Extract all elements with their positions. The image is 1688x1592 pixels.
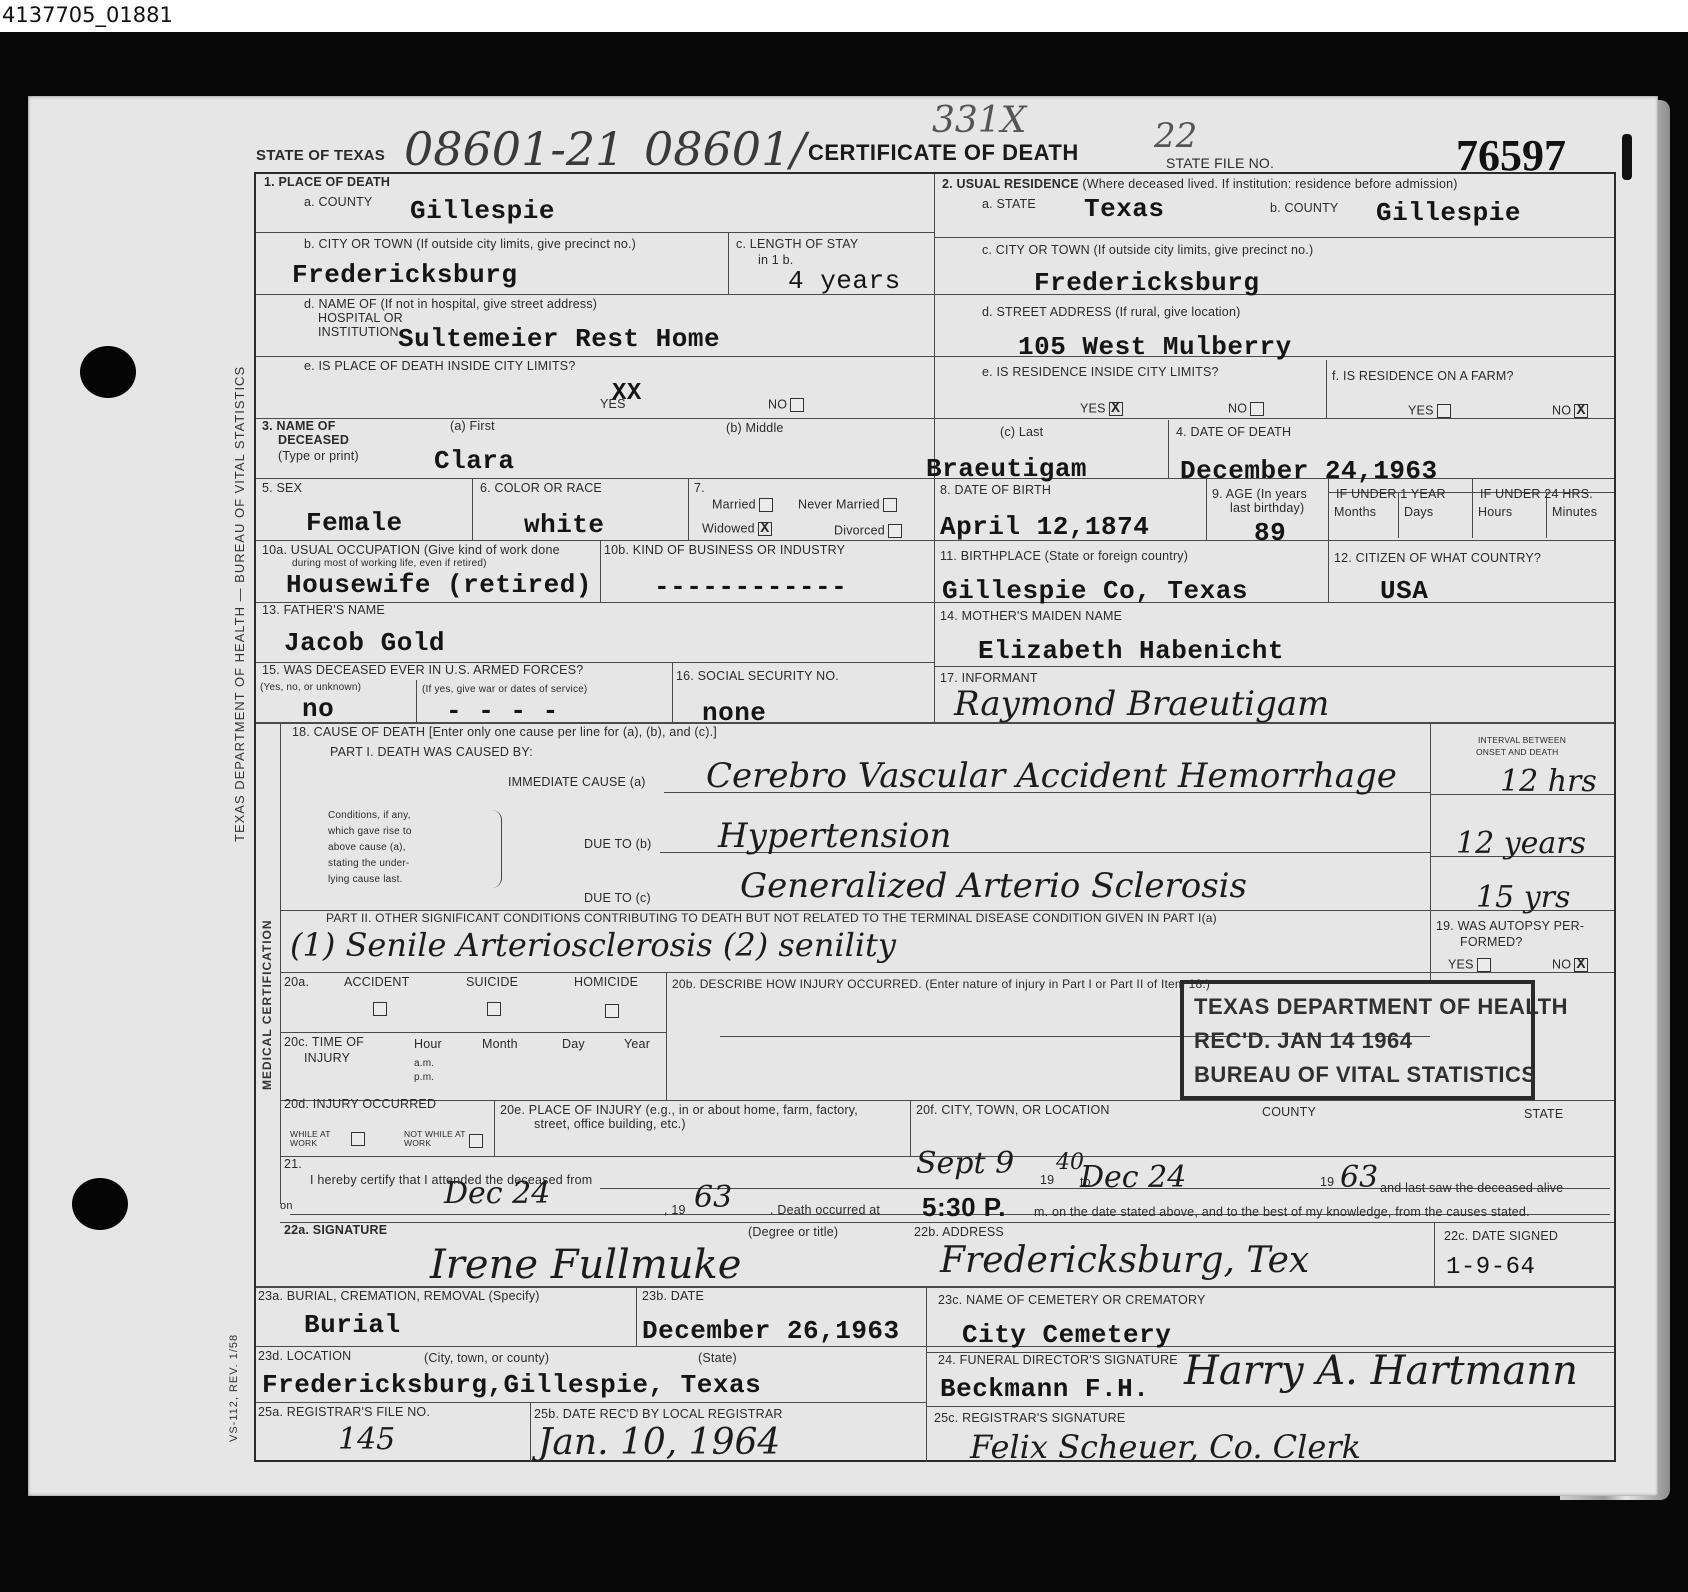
- address-label: 22b. ADDRESS: [914, 1226, 1004, 1240]
- date-of-death-value[interactable]: December 24,1963: [1180, 456, 1438, 486]
- date-signed-value[interactable]: 1-9-64: [1446, 1254, 1535, 1281]
- divorced-option: Divorced: [834, 524, 902, 538]
- stamp-line-1: TEXAS DEPARTMENT OF HEALTH: [1194, 990, 1521, 1024]
- place-of-injury-label: 20e. PLACE OF INJURY (e.g., in or about …: [500, 1104, 858, 1118]
- divider: [934, 237, 1614, 238]
- widowed-checkbox[interactable]: X: [758, 522, 772, 536]
- immediate-cause-value[interactable]: Cerebro Vascular Accident Hemorrhage: [706, 756, 1397, 796]
- homicide-label: HOMICIDE: [574, 976, 638, 990]
- burial-type-label: 23a. BURIAL, CREMATION, REMOVAL (Specify…: [258, 1290, 540, 1304]
- injury-county-label: COUNTY: [1262, 1106, 1316, 1120]
- received-stamp: TEXAS DEPARTMENT OF HEALTH REC'D. JAN 14…: [1180, 980, 1535, 1100]
- conditions-note-1: Conditions, if any,: [328, 810, 411, 821]
- death-inside-no-text: NO: [768, 397, 787, 411]
- death-county-label: a. COUNTY: [304, 196, 372, 210]
- divider: [1434, 1222, 1435, 1286]
- death-inside-limits-label: e. IS PLACE OF DEATH INSIDE CITY LIMITS?: [304, 360, 576, 374]
- divider: [600, 540, 601, 602]
- punch-hole-top: [80, 346, 136, 398]
- death-inside-no-checkbox[interactable]: [790, 398, 804, 412]
- autopsy-no-checkbox[interactable]: X: [1574, 958, 1588, 972]
- death-city-label: b. CITY OR TOWN (If outside city limits,…: [304, 238, 636, 252]
- last-name-value[interactable]: Braeutigam: [926, 454, 1087, 484]
- suicide-checkbox[interactable]: [487, 1002, 501, 1016]
- am-label: a.m.: [414, 1058, 434, 1069]
- divider: [666, 972, 667, 1100]
- deceased-name-label-3: (Type or print): [278, 450, 359, 464]
- residence-inside-limits-label: e. IS RESIDENCE INSIDE CITY LIMITS?: [982, 366, 1219, 380]
- divider: [280, 972, 1614, 973]
- interval-c-value[interactable]: 15 yrs: [1476, 880, 1570, 915]
- armed-forces-sublabel: (Yes, no, or unknown): [260, 682, 361, 693]
- registrar-signature-label: 25c. REGISTRAR'S SIGNATURE: [934, 1412, 1125, 1426]
- divider: [636, 1286, 637, 1346]
- certification-number: 21.: [284, 1158, 302, 1172]
- occupation-value[interactable]: Housewife (retired): [286, 570, 592, 600]
- usual-residence-note: (Where deceased lived. If institution: r…: [1082, 177, 1457, 191]
- death-time-value[interactable]: 5:30 P.: [922, 1192, 1006, 1223]
- divider: [530, 1402, 531, 1462]
- stamp-line-3: BUREAU OF VITAL STATISTICS: [1194, 1058, 1521, 1092]
- due-to-c-value[interactable]: Generalized Arterio Sclerosis: [740, 866, 1247, 906]
- informant-signature[interactable]: Raymond Braeutigam: [954, 684, 1329, 724]
- divider: [256, 540, 1614, 541]
- conditions-note-2: which gave rise to: [328, 826, 412, 837]
- handwritten-state-file: 22: [1154, 116, 1197, 156]
- image-id-label: 4137705_01881: [0, 0, 173, 32]
- length-of-stay-value[interactable]: 4 years: [788, 266, 901, 296]
- handwritten-code-1: 08601-21: [404, 122, 624, 176]
- residence-state-label: a. STATE: [982, 198, 1036, 212]
- residence-county-value[interactable]: Gillespie: [1376, 198, 1521, 228]
- divider: [494, 1100, 495, 1156]
- handwritten-above-title: 331X: [932, 100, 1026, 141]
- business-label: 10b. KIND OF BUSINESS OR INDUSTRY: [604, 544, 845, 558]
- divider: [256, 232, 934, 233]
- minutes-label: Minutes: [1552, 506, 1597, 520]
- physician-signature[interactable]: Irene Fullmuke: [430, 1242, 741, 1288]
- part-one-label: PART I. DEATH WAS CAUSED BY:: [330, 746, 533, 760]
- deceased-name-label: 3. NAME OF: [262, 420, 336, 434]
- length-of-stay-label: c. LENGTH OF STAY: [736, 238, 858, 252]
- under-24-hours-label: IF UNDER 24 HRS.: [1480, 488, 1593, 502]
- interval-a-value[interactable]: 12 hrs: [1500, 764, 1597, 799]
- not-while-at-work-label: NOT WHILE AT WORK: [404, 1130, 468, 1149]
- days-label: Days: [1404, 506, 1433, 520]
- residence-state-value[interactable]: Texas: [1084, 194, 1165, 224]
- interval-b-value[interactable]: 12 years: [1456, 826, 1586, 861]
- while-at-work-checkbox[interactable]: [351, 1132, 365, 1146]
- months-label: Months: [1334, 506, 1376, 520]
- widowed-option: WidowedX: [702, 522, 772, 536]
- injury-occurred-label: 20d. INJURY OCCURRED: [284, 1098, 436, 1112]
- attended-from-year-prefix: 19: [1040, 1174, 1054, 1188]
- attended-from-value[interactable]: Sept 9: [916, 1146, 1014, 1181]
- never-married-option: Never Married: [798, 498, 897, 512]
- time-of-injury-label-2: INJURY: [304, 1052, 350, 1066]
- homicide-checkbox[interactable]: [605, 1004, 619, 1018]
- first-name-value[interactable]: Clara: [434, 446, 515, 476]
- degree-label: (Degree or title): [748, 1226, 838, 1240]
- divider: [280, 1032, 666, 1033]
- divider: [256, 1402, 926, 1403]
- cemetery-label: 23c. NAME OF CEMETERY OR CREMATORY: [938, 1294, 1206, 1308]
- describe-injury-label: 20b. DESCRIBE HOW INJURY OCCURRED. (Ente…: [672, 978, 1210, 991]
- occupation-label: 10a. USUAL OCCUPATION (Give kind of work…: [262, 544, 560, 558]
- usual-residence-title: 2. USUAL RESIDENCE: [942, 177, 1079, 191]
- death-city-value[interactable]: Fredericksburg: [292, 260, 517, 290]
- age-label-2: last birthday): [1230, 502, 1304, 516]
- residence-inside-no-text: NO: [1228, 401, 1247, 415]
- divider: [1430, 722, 1431, 982]
- accident-label: ACCIDENT: [344, 976, 410, 990]
- married-checkbox[interactable]: [759, 498, 773, 512]
- funeral-director-label: 24. FUNERAL DIRECTOR'S SIGNATURE: [938, 1354, 1178, 1368]
- autopsy-label: 19. WAS AUTOPSY PER-: [1436, 920, 1584, 934]
- conditions-bracket: [492, 810, 502, 888]
- registrar-date-label: 25b. DATE REC'D BY LOCAL REGISTRAR: [534, 1408, 783, 1422]
- ssn-value[interactable]: none: [702, 698, 766, 728]
- birthplace-label: 11. BIRTHPLACE (State or foreign country…: [940, 550, 1188, 564]
- occupation-sublabel: during most of working life, even if ret…: [292, 558, 487, 569]
- location-label: 23d. LOCATION: [258, 1350, 351, 1364]
- age-label: 9. AGE (In years: [1212, 488, 1307, 502]
- divider: [934, 666, 1614, 667]
- business-value[interactable]: ------------: [654, 572, 847, 602]
- date-of-birth-label: 8. DATE OF BIRTH: [940, 484, 1051, 498]
- mother-name-value[interactable]: Elizabeth Habenicht: [978, 636, 1284, 666]
- cause-of-death-label: 18. CAUSE OF DEATH [Enter only one cause…: [292, 726, 717, 740]
- year-label: Year: [624, 1038, 650, 1052]
- first-name-label: (a) First: [450, 420, 495, 434]
- interval-label-2: ONSET AND DEATH: [1476, 748, 1559, 757]
- part-two-label: PART II. OTHER SIGNIFICANT CONDITIONS CO…: [326, 912, 1217, 925]
- divorced-checkbox[interactable]: [888, 524, 902, 538]
- never-married-checkbox[interactable]: [883, 498, 897, 512]
- date-of-birth-value[interactable]: April 12,1874: [940, 512, 1149, 542]
- punch-hole-bottom: [72, 1178, 128, 1230]
- due-to-c-label: DUE TO (c): [584, 892, 651, 906]
- last-seen-year[interactable]: 63: [694, 1180, 732, 1215]
- signature-label: 22a. SIGNATURE: [284, 1224, 387, 1238]
- burial-location-value[interactable]: Fredericksburg,Gillespie, Texas: [262, 1370, 761, 1400]
- mother-name-label: 14. MOTHER'S MAIDEN NAME: [940, 610, 1122, 624]
- due-to-b-value[interactable]: Hypertension: [718, 816, 951, 856]
- widowed-text: Widowed: [702, 521, 755, 535]
- day-label: Day: [562, 1038, 585, 1052]
- place-of-death-label: 1. PLACE OF DEATH: [264, 176, 390, 190]
- divider: [256, 294, 1614, 295]
- due-to-b-label: DUE TO (b): [584, 838, 652, 852]
- divider: [910, 1100, 911, 1156]
- registrar-file-label: 25a. REGISTRAR'S FILE NO.: [258, 1406, 430, 1420]
- certificate-title: CERTIFICATE OF DEATH: [808, 140, 1079, 166]
- physician-address[interactable]: Fredericksburg, Tex: [940, 1240, 1309, 1281]
- divider: [1206, 478, 1207, 540]
- month-label: Month: [482, 1038, 518, 1052]
- not-while-at-work-checkbox[interactable]: [469, 1134, 483, 1148]
- registrar-date-value[interactable]: Jan. 10, 1964: [538, 1422, 780, 1463]
- location-sublabel-city: (City, town, or county): [424, 1352, 549, 1366]
- never-married-text: Never Married: [798, 497, 880, 511]
- divider: [728, 232, 729, 294]
- burial-type-value[interactable]: Burial: [304, 1310, 401, 1340]
- marital-status-label: 7.: [694, 482, 705, 496]
- residence-county-label: b. COUNTY: [1270, 202, 1338, 216]
- registration-bar-mark: [1622, 134, 1632, 180]
- hour-label: Hour: [414, 1038, 442, 1052]
- farm-no-text: NO: [1552, 403, 1571, 417]
- death-occurred-label: . Death occurred at: [770, 1204, 880, 1218]
- age-value[interactable]: 89: [1254, 518, 1286, 548]
- residence-street-label: d. STREET ADDRESS (If rural, give locati…: [982, 306, 1240, 320]
- divider: [934, 174, 935, 722]
- armed-forces-value[interactable]: no: [302, 694, 334, 724]
- autopsy-no: NOX: [1552, 958, 1588, 972]
- race-label: 6. COLOR OR RACE: [480, 482, 602, 496]
- time-of-injury-label: 20c. TIME OF: [284, 1036, 364, 1050]
- divider: [416, 680, 417, 722]
- divider: [672, 662, 673, 722]
- state-file-label: STATE FILE NO.: [1166, 156, 1274, 171]
- divider: [1326, 360, 1327, 418]
- date-signed-label: 22c. DATE SIGNED: [1444, 1230, 1558, 1244]
- autopsy-no-text: NO: [1552, 957, 1571, 971]
- residence-inside-no: NO: [1228, 402, 1264, 416]
- sex-label: 5. SEX: [262, 482, 302, 496]
- married-option: Married: [712, 498, 773, 512]
- death-inside-yes-mark[interactable]: XX: [612, 380, 642, 407]
- divider: [256, 356, 1614, 357]
- residence-city-value[interactable]: Fredericksburg: [1034, 268, 1259, 298]
- residence-inside-yes: YESX: [1080, 402, 1123, 416]
- usual-residence-label: 2. USUAL RESIDENCE (Where deceased lived…: [942, 178, 1458, 192]
- farm-no-checkbox[interactable]: X: [1574, 404, 1588, 418]
- handwritten-code-2: 08601/: [644, 122, 806, 176]
- divider: [926, 1406, 1614, 1407]
- injury-state-label: STATE: [1524, 1108, 1563, 1122]
- service-sublabel: (If yes, give war or dates of service): [422, 684, 587, 695]
- registrar-file-value[interactable]: 145: [338, 1422, 395, 1457]
- armed-forces-label: 15. WAS DECEASED EVER IN U.S. ARMED FORC…: [262, 664, 583, 678]
- birthplace-value[interactable]: Gillespie Co, Texas: [942, 576, 1248, 606]
- farm-yes-checkbox[interactable]: [1437, 404, 1451, 418]
- attended-to-year-prefix: 19: [1320, 1176, 1334, 1190]
- injury-city-label: 20f. CITY, TOWN, OR LOCATION: [916, 1104, 1110, 1118]
- injury-type-label: 20a.: [284, 976, 309, 990]
- last-seen-year-prefix: , 19: [664, 1204, 686, 1218]
- hospital-label-2: HOSPITAL OR: [318, 312, 403, 326]
- attended-to-year[interactable]: 63: [1340, 1160, 1378, 1195]
- autopsy-yes: YES: [1448, 958, 1491, 972]
- residence-inside-yes-text: YES: [1080, 401, 1106, 415]
- accident-checkbox[interactable]: [373, 1002, 387, 1016]
- divider: [1472, 478, 1473, 538]
- divider: [256, 1346, 1614, 1347]
- divider: [688, 478, 689, 540]
- department-side-text: TEXAS DEPARTMENT OF HEALTH — BUREAU OF V…: [232, 366, 247, 842]
- residence-inside-no-checkbox[interactable]: [1250, 402, 1264, 416]
- farm-label: f. IS RESIDENCE ON A FARM?: [1332, 370, 1514, 384]
- funeral-director-signature[interactable]: Harry A. Hartmann: [1184, 1348, 1578, 1394]
- suicide-label: SUICIDE: [466, 976, 518, 990]
- interval-label: INTERVAL BETWEEN: [1478, 736, 1566, 745]
- form-number-side-text: VS-112, REV. 1/58: [228, 1334, 240, 1442]
- father-name-label: 13. FATHER'S NAME: [262, 604, 385, 618]
- registrar-signature[interactable]: Felix Scheuer, Co. Clerk: [970, 1428, 1361, 1466]
- place-of-injury-sublabel: street, office building, etc.): [534, 1118, 686, 1132]
- conditions-note-5: lying cause last.: [328, 874, 403, 885]
- deceased-name-label-2: DECEASED: [278, 434, 349, 448]
- father-name-value[interactable]: Jacob Gold: [284, 628, 445, 658]
- ssn-label: 16. SOCIAL SECURITY NO.: [676, 670, 839, 684]
- farm-no: NOX: [1552, 404, 1588, 418]
- death-county-value[interactable]: Gillespie: [410, 196, 555, 226]
- divider: [472, 478, 473, 540]
- certification-text-3: m. on the date stated above, and to the …: [1034, 1206, 1530, 1220]
- service-value[interactable]: - - - -: [446, 696, 559, 726]
- burial-date-value[interactable]: December 26,1963: [642, 1316, 900, 1346]
- immediate-cause-label: IMMEDIATE CAUSE (a): [508, 776, 646, 790]
- hospital-label-3: INSTITUTION: [318, 326, 399, 340]
- location-sublabel-state: (State): [698, 1352, 737, 1366]
- middle-name-label: (b) Middle: [726, 422, 784, 436]
- last-name-label: (c) Last: [1000, 426, 1043, 440]
- divider: [280, 722, 281, 1204]
- burial-date-label: 23b. DATE: [642, 1290, 704, 1304]
- certification-text-2: and last saw the deceased alive: [1380, 1182, 1563, 1196]
- farm-yes: YES: [1408, 404, 1451, 418]
- stamp-line-2: REC'D. JAN 14 1964: [1194, 1024, 1521, 1058]
- divider: [280, 1100, 1614, 1101]
- part-two-value[interactable]: (1) Senile Arteriosclerosis (2) senility: [290, 926, 896, 964]
- cemetery-value[interactable]: City Cemetery: [962, 1320, 1171, 1350]
- divider: [926, 1286, 927, 1462]
- state-label: STATE OF TEXAS: [256, 148, 385, 165]
- death-inside-no-label: NO: [768, 398, 804, 412]
- divider: [1168, 420, 1169, 478]
- autopsy-yes-checkbox[interactable]: [1477, 958, 1491, 972]
- hospital-value[interactable]: Sultemeier Rest Home: [398, 324, 720, 354]
- while-at-work-label: WHILE AT WORK: [290, 1130, 346, 1149]
- married-text: Married: [712, 497, 756, 511]
- attended-to-value[interactable]: Dec 24: [1080, 1160, 1186, 1195]
- farm-yes-text: YES: [1408, 403, 1434, 417]
- autopsy-yes-text: YES: [1448, 957, 1474, 971]
- under-one-year-label: IF UNDER 1 YEAR: [1336, 488, 1446, 502]
- hours-label: Hours: [1478, 506, 1512, 520]
- hospital-label: d. NAME OF (If not in hospital, give str…: [304, 298, 597, 312]
- last-seen-value[interactable]: Dec 24: [444, 1176, 550, 1211]
- race-value[interactable]: white: [524, 510, 605, 540]
- residence-city-label: c. CITY OR TOWN (If outside city limits,…: [982, 244, 1313, 258]
- pm-label: p.m.: [414, 1072, 434, 1083]
- autopsy-label-2: FORMED?: [1460, 936, 1523, 950]
- citizenship-label: 12. CITIZEN OF WHAT COUNTRY?: [1334, 552, 1541, 566]
- funeral-home-value[interactable]: Beckmann F.H.: [940, 1374, 1149, 1404]
- conditions-note-3: above cause (a),: [328, 842, 406, 853]
- residence-street-value[interactable]: 105 West Mulberry: [1018, 332, 1292, 362]
- date-of-death-label: 4. DATE OF DEATH: [1176, 426, 1291, 440]
- conditions-note-4: stating the under-: [328, 858, 409, 869]
- citizenship-value[interactable]: USA: [1380, 576, 1428, 606]
- on-label: on: [280, 1200, 293, 1212]
- sex-value[interactable]: Female: [306, 508, 403, 538]
- divorced-text: Divorced: [834, 523, 885, 537]
- residence-inside-yes-checkbox[interactable]: X: [1109, 402, 1123, 416]
